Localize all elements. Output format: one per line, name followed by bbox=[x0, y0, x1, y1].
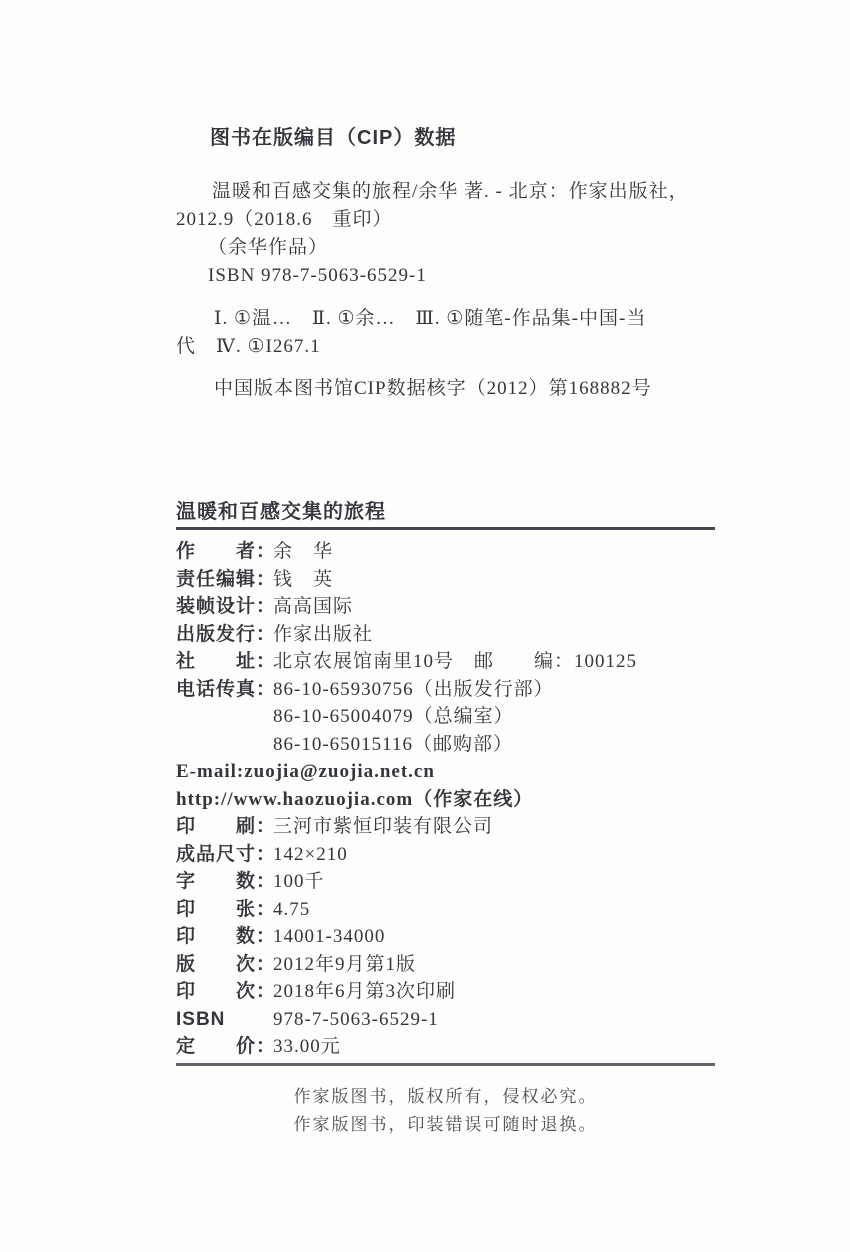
row-value: 作家出版社 bbox=[273, 624, 373, 645]
row-label: 印 刷： bbox=[176, 813, 273, 841]
colophon-row: 印 次：2018年6月第3次印刷 bbox=[176, 978, 715, 1006]
cip-series: （余华作品） bbox=[208, 234, 715, 262]
scanned-book-page: 图书在版编目（CIP）数据 温暖和百感交集的旅程/余华 著. - 北京：作家出版… bbox=[0, 0, 850, 1252]
row-value: 北京农展馆南里10号 邮 编：100125 bbox=[273, 651, 637, 672]
colophon-rows: 作 者：余 华 责任编辑：钱 英 装帧设计：高高国际 出版发行：作家出版社 社 … bbox=[176, 538, 715, 1061]
colophon-row: 电话传真：86-10-65930756（出版发行部） bbox=[176, 676, 715, 704]
colophon-row: 责任编辑：钱 英 bbox=[176, 566, 715, 594]
row-label: 电话传真： bbox=[176, 676, 273, 704]
colophon-row: 印 张：4.75 bbox=[176, 896, 715, 924]
row-label: 责任编辑： bbox=[176, 566, 273, 594]
row-value: 86-10-65930756（出版发行部） bbox=[273, 679, 554, 700]
row-label: 社 址： bbox=[176, 648, 273, 676]
cip-header: 图书在版编目（CIP）数据 bbox=[210, 124, 715, 152]
row-label: 字 数： bbox=[176, 868, 273, 896]
row-value: E-mail:zuojia@zuojia.net.cn bbox=[176, 761, 435, 782]
row-value: 4.75 bbox=[273, 899, 310, 920]
row-value: 2012年9月第1版 bbox=[273, 954, 416, 975]
row-value: 86-10-65004079（总编室） bbox=[273, 706, 514, 727]
colophon-row: 86-10-65004079（总编室） bbox=[176, 703, 715, 731]
colophon-row: 作 者：余 华 bbox=[176, 538, 715, 566]
cip-record-line-2: 2012.9（2018.6 重印） bbox=[176, 206, 715, 234]
colophon-row: 字 数：100千 bbox=[176, 868, 715, 896]
row-value: 钱 英 bbox=[273, 569, 333, 590]
row-value: 高高国际 bbox=[273, 596, 353, 617]
row-label: 印 数： bbox=[176, 923, 273, 951]
row-value: 100千 bbox=[273, 871, 325, 892]
colophon-row: ISBN 978-7-5063-6529-1 bbox=[176, 1006, 715, 1034]
row-label: 版 次： bbox=[176, 951, 273, 979]
colophon-row: 出版发行：作家出版社 bbox=[176, 621, 715, 649]
row-value: 2018年6月第3次印刷 bbox=[273, 981, 456, 1002]
copyright-notice-line-1: 作家版图书，版权所有，侵权必究。 bbox=[176, 1083, 715, 1111]
cip-classification-line-2: 代 Ⅳ. ①I267.1 bbox=[176, 333, 715, 361]
cip-classification-line-1: Ⅰ. ①温… Ⅱ. ①余… Ⅲ. ①随笔-作品集-中国-当 bbox=[214, 305, 715, 333]
colophon-row: 版 次：2012年9月第1版 bbox=[176, 951, 715, 979]
colophon-row: 定 价：33.00元 bbox=[176, 1033, 715, 1061]
row-label: 成品尺寸： bbox=[176, 841, 273, 869]
copyright-notice-line-2: 作家版图书，印装错误可随时退换。 bbox=[176, 1111, 715, 1139]
colophon-row: 社 址：北京农展馆南里10号 邮 编：100125 bbox=[176, 648, 715, 676]
row-label: ISBN bbox=[176, 1006, 273, 1034]
bottom-divider bbox=[176, 1063, 715, 1066]
book-title: 温暖和百感交集的旅程 bbox=[176, 498, 715, 530]
cip-isbn: ISBN 978-7-5063-6529-1 bbox=[208, 262, 715, 290]
row-label: 定 价： bbox=[176, 1033, 273, 1061]
row-label: 装帧设计： bbox=[176, 593, 273, 621]
colophon-row: 成品尺寸：142×210 bbox=[176, 841, 715, 869]
row-value: 86-10-65015116（邮购部） bbox=[273, 734, 513, 755]
row-value: 33.00元 bbox=[273, 1036, 341, 1057]
page-content: 图书在版编目（CIP）数据 温暖和百感交集的旅程/余华 著. - 北京：作家出版… bbox=[0, 0, 715, 1139]
colophon-row: http://www.haozuojia.com（作家在线） bbox=[176, 786, 715, 814]
row-value: 三河市紫恒印装有限公司 bbox=[273, 816, 493, 837]
colophon-row: 装帧设计：高高国际 bbox=[176, 593, 715, 621]
row-value: 142×210 bbox=[273, 844, 348, 865]
row-label: 印 张： bbox=[176, 896, 273, 924]
colophon-row: 印 刷：三河市紫恒印装有限公司 bbox=[176, 813, 715, 841]
cip-record-line-1: 温暖和百感交集的旅程/余华 著. - 北京：作家出版社， bbox=[212, 178, 715, 206]
row-value: 978-7-5063-6529-1 bbox=[273, 1009, 439, 1030]
row-value: http://www.haozuojia.com（作家在线） bbox=[176, 789, 533, 810]
row-label: 作 者： bbox=[176, 538, 273, 566]
cip-data-block: 图书在版编目（CIP）数据 温暖和百感交集的旅程/余华 著. - 北京：作家出版… bbox=[176, 124, 715, 403]
cip-registry-number: 中国版本图书馆CIP数据核字（2012）第168882号 bbox=[214, 375, 715, 403]
colophon-row: E-mail:zuojia@zuojia.net.cn bbox=[176, 758, 715, 786]
colophon-row: 印 数：14001-34000 bbox=[176, 923, 715, 951]
colophon-row: 86-10-65015116（邮购部） bbox=[176, 731, 715, 759]
row-label: 出版发行： bbox=[176, 621, 273, 649]
row-value: 余 华 bbox=[273, 541, 333, 562]
copyright-notices: 作家版图书，版权所有，侵权必究。 作家版图书，印装错误可随时退换。 bbox=[176, 1083, 715, 1139]
row-label: 印 次： bbox=[176, 978, 273, 1006]
row-value: 14001-34000 bbox=[273, 926, 385, 947]
